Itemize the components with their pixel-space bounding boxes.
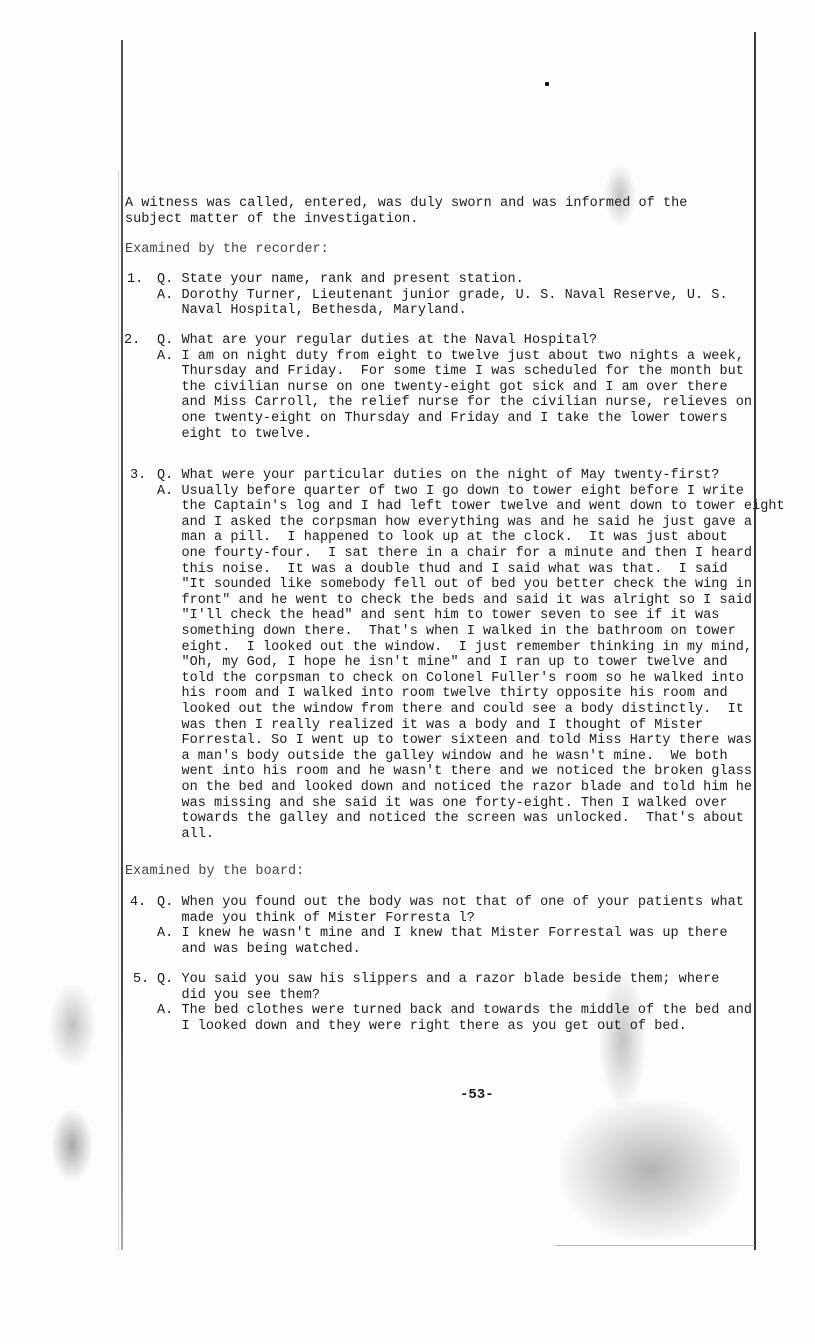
item-number: 5. xyxy=(133,972,149,987)
left-margin-rule xyxy=(121,40,123,1250)
answer-line: towards the galley and noticed the scree… xyxy=(157,811,744,826)
question-line: Q. State your name, rank and present sta… xyxy=(157,272,524,287)
answer-line: eight. I looked out the window. I just r… xyxy=(157,640,752,655)
answer-line: Naval Hospital, Bethesda, Maryland. xyxy=(157,303,467,318)
answer-line: one fourty-four. I sat there in a chair … xyxy=(157,546,752,561)
scan-noise xyxy=(50,985,95,1065)
scan-noise xyxy=(52,1110,92,1180)
answer-line: A. I knew he wasn't mine and I knew that… xyxy=(157,926,728,941)
question-line: Q. When you found out the body was not t… xyxy=(157,895,744,910)
answer-line: told the corpsman to check on Colonel Fu… xyxy=(157,671,744,686)
answer-line: and was being watched. xyxy=(157,942,361,957)
answer-line: A. Dorothy Turner, Lieutenant junior gra… xyxy=(157,288,728,303)
answer-line: a man's body outside the galley window a… xyxy=(157,749,728,764)
answer-line: Forrestal. So I went up to tower sixteen… xyxy=(157,733,752,748)
question-line: Q. You said you saw his slippers and a r… xyxy=(157,972,719,987)
answer-line: A. I am on night duty from eight to twel… xyxy=(157,349,744,364)
intro-line: A witness was called, entered, was duly … xyxy=(125,196,687,211)
scan-noise xyxy=(600,975,645,1105)
answer-line: was missing and she said it was one fort… xyxy=(157,796,728,811)
answer-line: was then I really realized it was a body… xyxy=(157,718,703,733)
question-line: did you see them? xyxy=(157,988,320,1003)
question-line: made you think of Mister Forresta l? xyxy=(157,911,475,926)
answer-line: I looked down and they were right there … xyxy=(157,1019,687,1034)
answer-line: looked out the window from there and cou… xyxy=(157,702,744,717)
answer-line: "It sounded like somebody fell out of be… xyxy=(157,577,752,592)
intro-line: subject matter of the investigation. xyxy=(125,212,418,227)
answer-line: the Captain's log and I had left tower t… xyxy=(157,499,785,514)
answer-line: A. The bed clothes were turned back and … xyxy=(157,1003,752,1018)
question-line: Q. What are your regular duties at the N… xyxy=(157,333,597,348)
scan-speck xyxy=(545,82,549,86)
answer-line: his room and I walked into room twelve t… xyxy=(157,686,728,701)
right-margin-rule xyxy=(754,32,756,1250)
answer-line: all. xyxy=(157,827,214,842)
left-margin-rule-faint xyxy=(118,170,119,1250)
answer-line: front" and he went to check the beds and… xyxy=(157,593,752,608)
scanned-document-page: A witness was called, entered, was duly … xyxy=(0,0,815,1344)
scan-noise xyxy=(560,1100,740,1240)
answer-line: eight to twelve. xyxy=(157,427,312,442)
item-number: 3. xyxy=(130,468,146,483)
item-number: 2. xyxy=(124,333,140,348)
answer-line: and Miss Carroll, the relief nurse for t… xyxy=(157,395,752,410)
section-heading: Examined by the board: xyxy=(125,864,304,879)
answer-line: Thursday and Friday. For some time I was… xyxy=(157,364,744,379)
answer-line: this noise. It was a double thud and I s… xyxy=(157,562,728,577)
answer-line: man a pill. I happened to look up at the… xyxy=(157,530,728,545)
answer-line: one twenty-eight on Thursday and Friday … xyxy=(157,411,728,426)
answer-line: on the bed and looked down and noticed t… xyxy=(157,780,752,795)
answer-line: the civilian nurse on one twenty-eight g… xyxy=(157,380,728,395)
item-number: 4. xyxy=(130,895,146,910)
question-line: Q. What were your particular duties on t… xyxy=(157,468,719,483)
answer-line: went into his room and he wasn't there a… xyxy=(157,764,752,779)
item-number: 1. xyxy=(127,272,143,287)
answer-line: A. Usually before quarter of two I go do… xyxy=(157,484,744,499)
answer-line: something down there. That's when I walk… xyxy=(157,624,736,639)
page-number: -53- xyxy=(460,1087,494,1103)
bottom-rule xyxy=(555,1245,755,1246)
answer-line: and I asked the corpsman how everything … xyxy=(157,515,752,530)
answer-line: "I'll check the head" and sent him to to… xyxy=(157,608,719,623)
section-heading: Examined by the recorder: xyxy=(125,242,329,257)
scan-noise xyxy=(605,165,635,225)
answer-line: "Oh, my God, I hope he isn't mine" and I… xyxy=(157,655,728,670)
